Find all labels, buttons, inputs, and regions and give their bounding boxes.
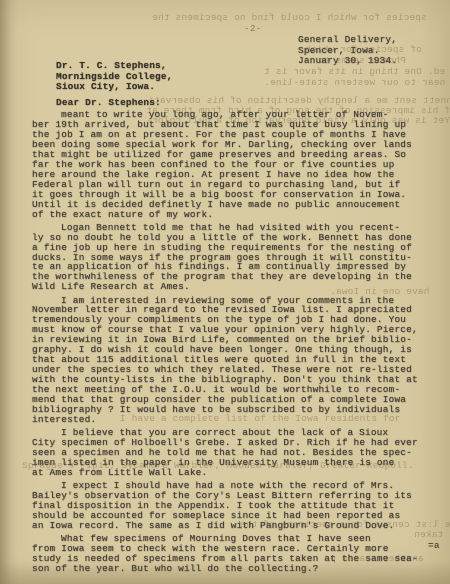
sender-address-line: January 30, 1934. <box>298 56 397 67</box>
bleed-through-text: species for which I could find no specim… <box>152 13 427 23</box>
letter-body: meant to write you long ago, after your … <box>32 110 436 574</box>
text-line: of the exact nature of my work. <box>32 210 436 220</box>
recipient-address-line: Sioux City, Iowa. <box>56 82 173 93</box>
paragraph: meant to write you long ago, after your … <box>32 110 436 219</box>
page-number: -2- <box>244 23 261 34</box>
letter-page: species for which I could find no specim… <box>0 0 450 584</box>
paragraph: I am interested in reviewing some of you… <box>32 296 436 425</box>
paragraph: Logan Bennett told me that he had visite… <box>32 223 436 293</box>
text-line: Wild Life Research at Ames. <box>32 282 436 292</box>
recipient-address-line: Dr. T. C. Stephens, <box>56 61 173 72</box>
text-line: interested. <box>32 415 436 425</box>
text-line: son of the year. But who will do the col… <box>32 564 436 574</box>
bleed-through-text: near to our western state-line. <box>264 78 445 88</box>
sender-address-block: General Delivery,Spencer, Iowa.January 3… <box>298 35 397 67</box>
recipient-address-block: Dr. T. C. Stephens,Morningside College,S… <box>56 61 173 93</box>
paragraph: What few specimens of Mourning Doves tha… <box>32 534 436 574</box>
paragraph: I believe that you are correct about the… <box>32 428 436 478</box>
text-line: an Iowa record. The same as I did with P… <box>32 521 436 531</box>
sender-address-line: General Delivery, <box>298 35 397 46</box>
paragraph: I expect I should have had a note with t… <box>32 481 436 531</box>
salutation: Dear Dr. Stephens: <box>56 97 161 108</box>
bleed-through-text: ed. One thing in its favor is t <box>264 67 445 77</box>
text-line: at Ames from Little Wall Lake. <box>32 468 436 478</box>
